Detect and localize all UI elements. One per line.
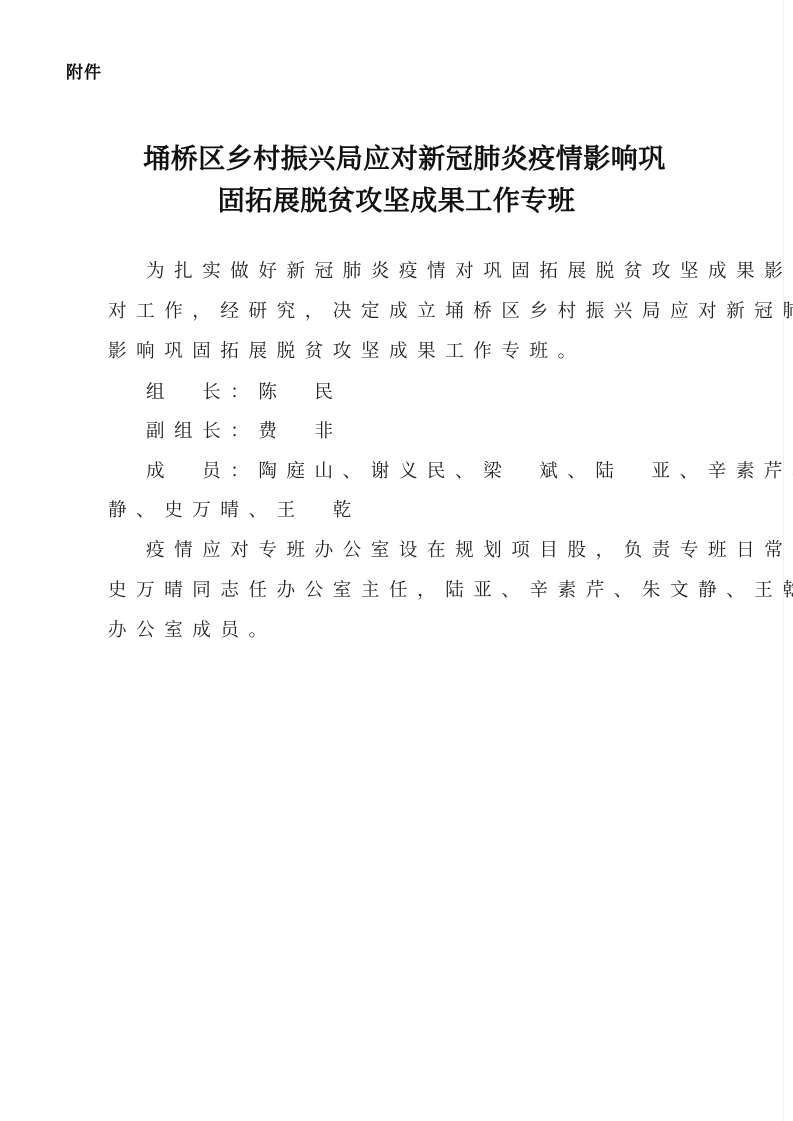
deputy-name-a: 费 xyxy=(258,421,286,442)
members-list-b: 斌、陆 xyxy=(539,461,623,482)
deputy-name-b: 非 xyxy=(315,421,343,442)
leader-label-b: 长： xyxy=(202,382,258,403)
leader-name-b: 民 xyxy=(314,382,342,403)
attachment-label: 附件 xyxy=(66,58,102,83)
members-list-d: 静、史万晴、王 xyxy=(108,500,305,521)
document-title-line-2: 固拓展脱贫攻坚成果工作专班 xyxy=(0,182,793,222)
members-line-1: 成员：陶庭山、谢义民、梁斌、陆亚、辛素芹、朱文 xyxy=(146,462,731,482)
deputy-row: 副组长：费非 xyxy=(146,422,731,442)
members-line-2: 静、史万晴、王乾 xyxy=(108,501,693,521)
leader-row: 组长：陈民 xyxy=(146,383,731,403)
intro-line-1: 为扎实做好新冠肺炎疫情对巩固拓展脱贫攻坚成果影响应 xyxy=(146,262,731,282)
leader-label-a: 组 xyxy=(146,382,174,403)
members-label-b: 员： xyxy=(202,461,258,482)
office-line-2: 史万晴同志任办公室主任，陆亚、辛素芹、朱文静、王乾同志任 xyxy=(108,581,693,601)
intro-line-2: 对工作，经研究，决定成立埇桥区乡村振兴局应对新冠肺炎疫情 xyxy=(108,302,693,322)
office-line-3: 办公室成员。 xyxy=(108,621,693,641)
members-list-c: 亚、辛素芹、朱文 xyxy=(652,461,793,482)
scan-edge-divider xyxy=(783,0,784,1121)
document-title-line-1: 埇桥区乡村振兴局应对新冠肺炎疫情影响巩 xyxy=(8,140,793,180)
intro-line-3: 影响巩固拓展脱贫攻坚成果工作专班。 xyxy=(108,342,693,362)
leader-name-a: 陈 xyxy=(258,382,286,403)
members-label-a: 成 xyxy=(146,461,174,482)
office-line-1: 疫情应对专班办公室设在规划项目股，负责专班日常工作， xyxy=(146,541,731,561)
deputy-label: 副组长： xyxy=(146,421,258,442)
members-list-e: 乾 xyxy=(333,500,361,521)
members-list-a: 陶庭山、谢义民、梁 xyxy=(258,461,511,482)
